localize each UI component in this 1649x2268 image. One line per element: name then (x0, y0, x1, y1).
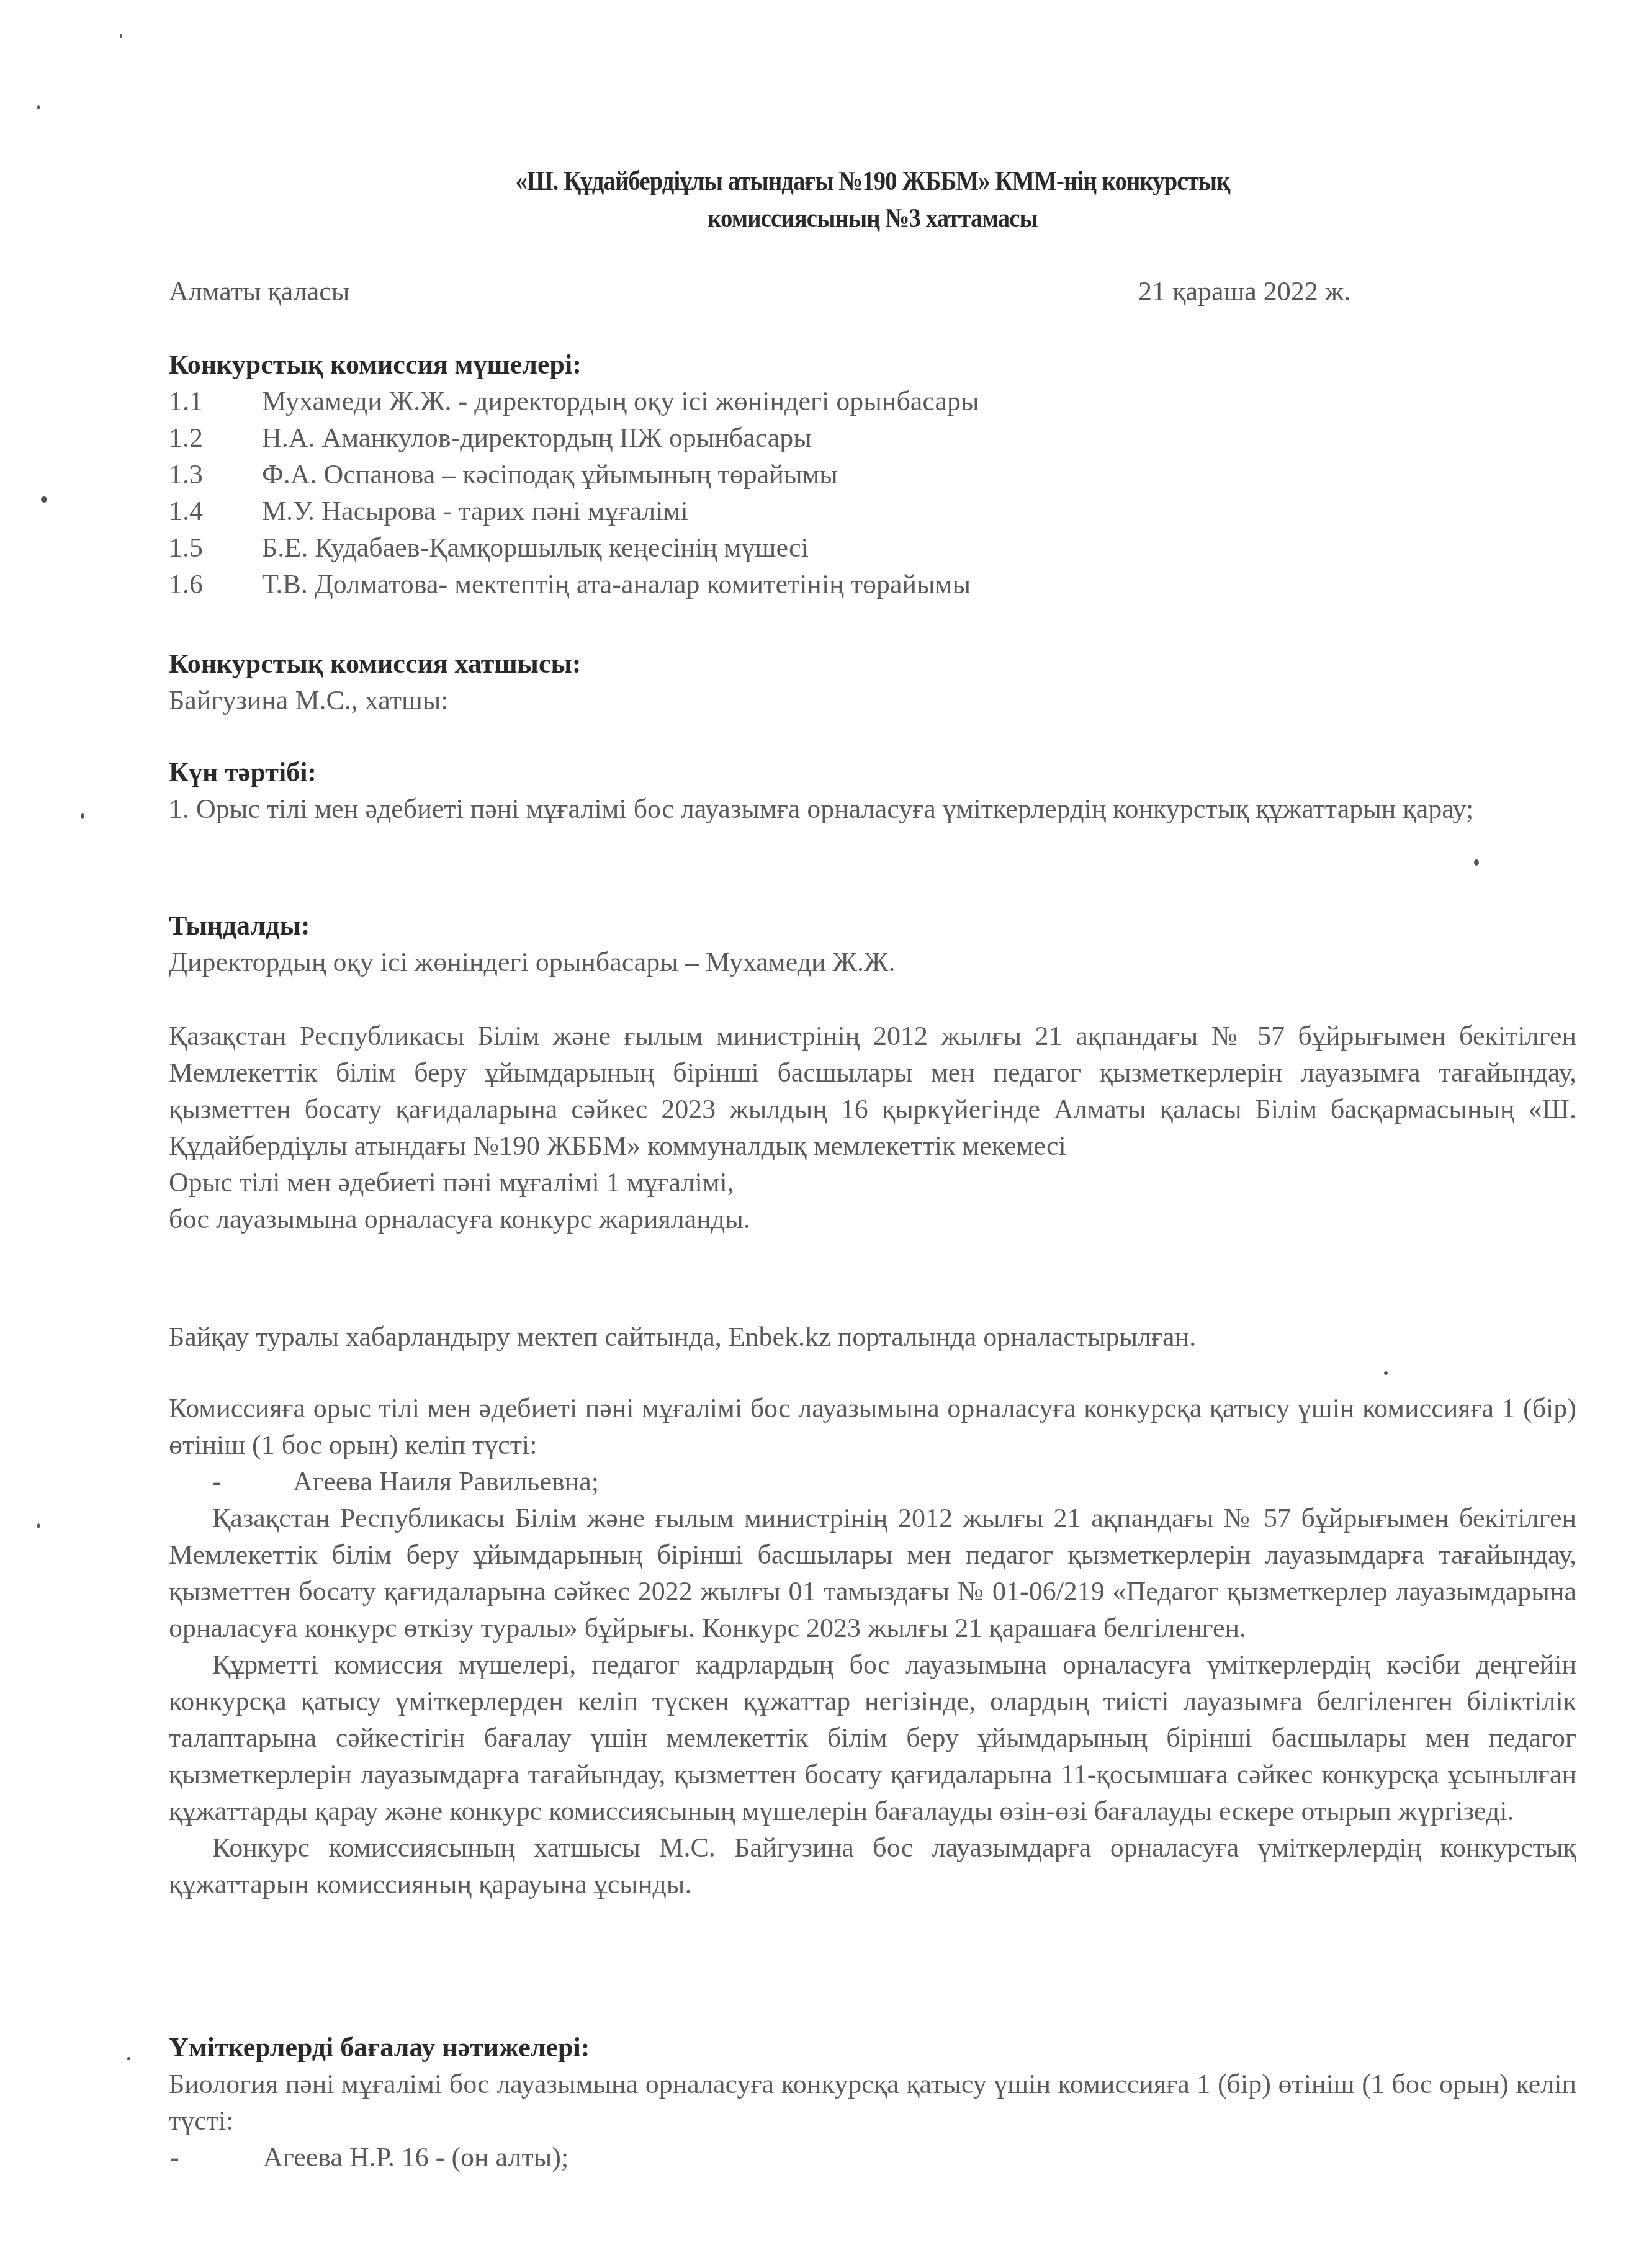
title-line-1: «Ш. Құдайбердіұлы атындағы №190 ЖББМ» КМ… (253, 163, 1492, 200)
applications-section: Комиссияға орыс тілі мен әдебиеті пәні м… (169, 1390, 1576, 1903)
scan-speck (1474, 859, 1479, 866)
order-paragraph: Қазақстан Республикасы Білім және ғылым … (169, 1500, 1576, 1646)
member-number: 1.1 (169, 383, 262, 419)
results-text: Биология пәні мұғалімі бос лауазымына ор… (169, 2066, 1576, 2139)
result-item: - Агеева Н.Р. 16 - (он алты); (169, 2139, 1576, 2176)
scan-speck (127, 2057, 130, 2060)
scan-speck (41, 496, 47, 503)
bullet-dash: - (169, 1463, 256, 1500)
secretary-paragraph: Конкурс комиссиясының хатшысы М.С. Байгу… (169, 1829, 1576, 1903)
notice-section: Байқау туралы хабарландыру мектеп сайтын… (169, 1319, 1576, 1355)
member-number: 1.6 (169, 566, 262, 603)
member-item: 1.6 Т.В. Долматова- мектептің ата-аналар… (169, 566, 1576, 603)
member-text: Н.А. Аманкулов-директордың ІІЖ орынбасар… (262, 419, 812, 456)
member-number: 1.2 (169, 419, 262, 456)
secretary-name: Байгузина М.С., хатшы: (169, 682, 1576, 719)
members-section: Конкурстық комиссия мүшелері: 1.1 Мухаме… (169, 346, 1576, 603)
applicant-item: - Агеева Наиля Равильевна; (169, 1463, 1576, 1500)
scan-speck (81, 813, 84, 819)
member-text: Мухамеди Ж.Ж. - директордың оқу ісі жөні… (262, 383, 979, 419)
document-date: 21 қараша 2022 ж. (1138, 276, 1350, 307)
applicant-name: Агеева Наиля Равильевна; (256, 1463, 599, 1500)
applications-text: Комиссияға орыс тілі мен әдебиеті пәні м… (169, 1390, 1576, 1463)
results-heading: Үміткерлерді бағалау нәтижелері: (169, 2029, 1576, 2066)
results-section: Үміткерлерді бағалау нәтижелері: Биологи… (169, 2029, 1576, 2176)
agenda-heading: Күн тәртібі: (169, 754, 1576, 791)
member-item: 1.5 Б.Е. Кудабаев-Қамқоршылық кеңесінің … (169, 529, 1576, 566)
heard-section: Тыңдалды: Директордың оқу ісі жөніндегі … (169, 907, 1576, 980)
members-heading: Конкурстық комиссия мүшелері: (169, 346, 1576, 383)
member-text: Т.В. Долматова- мектептің ата-аналар ком… (262, 566, 971, 603)
title-line-2: комиссиясының №3 хаттамасы (253, 200, 1492, 237)
heard-speaker: Директордың оқу ісі жөніндегі орынбасары… (169, 944, 1576, 980)
member-item: 1.4 М.У. Насырова - тарих пәні мұғалімі (169, 493, 1576, 529)
scan-speck (120, 34, 122, 38)
vacancy-announced: бос лауазымына орналасуға конкурс жариял… (169, 1201, 1576, 1237)
scan-speck (1384, 1371, 1388, 1375)
scan-speck (37, 1523, 40, 1528)
city-label: Алматы қаласы (169, 276, 349, 307)
member-number: 1.4 (169, 493, 262, 529)
agenda-item: 1. Орыс тілі мен әдебиеті пәні мұғалімі … (169, 791, 1576, 827)
member-item: 1.1 Мухамеди Ж.Ж. - директордың оқу ісі … (169, 383, 1576, 419)
member-item: 1.3 Ф.А. Оспанова – кәсіподақ ұйымының т… (169, 456, 1576, 493)
member-item: 1.2 Н.А. Аманкулов-директордың ІІЖ орынб… (169, 419, 1576, 456)
announcement-section: Қазақстан Республикасы Білім және ғылым … (169, 1018, 1576, 1237)
secretary-heading: Конкурстық комиссия хатшысы: (169, 645, 1576, 682)
member-text: М.У. Насырова - тарих пәні мұғалімі (262, 493, 688, 529)
member-text: Б.Е. Кудабаев-Қамқоршылық кеңесінің мүше… (262, 529, 809, 566)
result-score: Агеева Н.Р. 16 - (он алты); (263, 2139, 568, 2176)
member-number: 1.5 (169, 529, 262, 566)
bullet-dash: - (169, 2139, 263, 2176)
heard-heading: Тыңдалды: (169, 907, 1576, 944)
notice-line: Байқау туралы хабарландыру мектеп сайтын… (169, 1319, 1576, 1355)
evaluation-paragraph: Құрметті комиссия мүшелері, педагог кадр… (169, 1646, 1576, 1829)
scan-speck (37, 105, 40, 109)
announcement-paragraph: Қазақстан Республикасы Білім және ғылым … (169, 1018, 1576, 1164)
member-number: 1.3 (169, 456, 262, 493)
member-text: Ф.А. Оспанова – кәсіподақ ұйымының төрай… (262, 456, 838, 493)
agenda-section: Күн тәртібі: 1. Орыс тілі мен әдебиеті п… (169, 754, 1576, 827)
secretary-section: Конкурстық комиссия хатшысы: Байгузина М… (169, 645, 1576, 719)
document-title: «Ш. Құдайбердіұлы атындағы №190 ЖББМ» КМ… (253, 163, 1492, 237)
vacancy-line: Орыс тілі мен әдебиеті пәні мұғалімі 1 м… (169, 1164, 1576, 1201)
